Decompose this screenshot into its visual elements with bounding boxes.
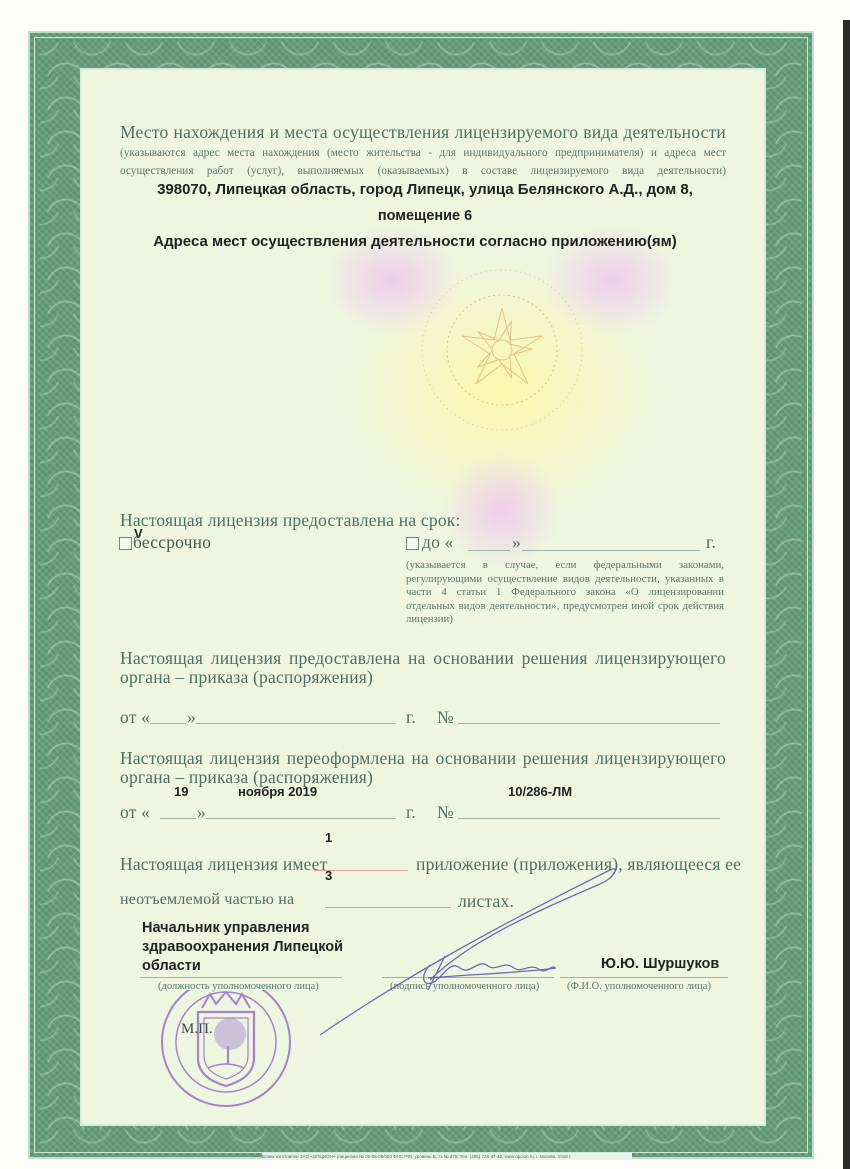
granted-number-field[interactable] (458, 723, 720, 724)
reissued-from-label: от « (120, 802, 150, 823)
address-line3: Адреса мест осуществления деятельности с… (0, 233, 830, 250)
sheet-count-field[interactable] (325, 907, 451, 908)
until-month-year-field[interactable] (522, 550, 700, 551)
signatory-name: Ю.Ю. Шуршуков (601, 956, 719, 972)
granted-day-field[interactable] (150, 723, 186, 724)
until-prefix: до « (422, 532, 454, 553)
position-line (140, 977, 342, 978)
until-day-field[interactable] (468, 550, 510, 551)
reissued-day-field[interactable] (160, 818, 196, 819)
stamp-label: М.П. (181, 1021, 213, 1038)
signature-line (382, 977, 554, 978)
until-year-suffix: г. (706, 532, 716, 553)
location-heading: Место нахождения и места осуществления л… (120, 122, 726, 143)
reissued-number-field[interactable] (458, 818, 720, 819)
reissued-month-year: ноября 2019 (238, 784, 317, 799)
term-heading: Настоящая лицензия предоставлена на срок… (120, 510, 461, 531)
appendix-line2-suffix: листах. (458, 891, 514, 912)
granted-close-quote: » (187, 707, 196, 728)
appendix-count: 1 (325, 830, 332, 845)
reissued-day: 19 (174, 784, 188, 799)
location-note-line1: (указываются адрес места нахождения (мес… (120, 147, 726, 159)
position-line2: здравоохранения Липецкой (142, 938, 343, 957)
reissued-heading-line1: Настоящая лицензия переоформлена на осно… (120, 748, 726, 769)
reissued-month-year-field[interactable] (206, 818, 396, 819)
appendix-line2-prefix: неотъемлемой частью на (120, 891, 294, 909)
unlimited-label: бессрочно (133, 532, 211, 553)
position-line3: области (142, 957, 343, 976)
reissued-number-label: № (437, 802, 454, 823)
printer-info: Бланк изготовлен ЗАО «ОПЦИОН» (лицензия … (262, 1153, 632, 1160)
signatory-position: Начальник управления здравоохранения Лип… (142, 919, 343, 976)
granted-month-year-field[interactable] (196, 723, 396, 724)
until-date-checkbox[interactable] (406, 537, 419, 550)
address-line2: помещение 6 (0, 208, 850, 224)
reissued-close-quote: » (197, 802, 206, 823)
address-line1: 398070, Липецкая область, город Липецк, … (0, 181, 850, 198)
until-close-quote: » (512, 532, 521, 553)
granted-heading-line2: органа – приказа (распоряжения) (120, 667, 373, 688)
caption-name: (Ф.И.О. уполномоченного лица) (567, 981, 711, 992)
unlimited-checkbox[interactable] (119, 537, 132, 550)
position-line1: Начальник управления (142, 919, 343, 938)
reissued-order-number: 10/286-ЛМ (508, 784, 572, 799)
until-note: (указывается в случае, если федеральными… (406, 559, 724, 627)
name-line (560, 977, 728, 978)
granted-heading-line1: Настоящая лицензия предоставлена на осно… (120, 648, 726, 669)
caption-signature: (подпись уполномоченного лица) (390, 981, 539, 992)
caption-position: (должность уполномоченного лица) (158, 981, 319, 992)
granted-year-suffix: г. (406, 707, 416, 728)
appendix-line1-suffix: приложение (приложения), являющееся ее (416, 854, 741, 875)
reissued-year-suffix: г. (406, 802, 416, 823)
granted-number-label: № (437, 707, 454, 728)
granted-from-label: от « (120, 707, 150, 728)
sheet-count: 3 (325, 868, 332, 883)
appendix-line1-prefix: Настоящая лицензия имеет (120, 854, 327, 875)
location-note-line2: осуществления работ (услуг), выполняемых… (120, 165, 726, 177)
